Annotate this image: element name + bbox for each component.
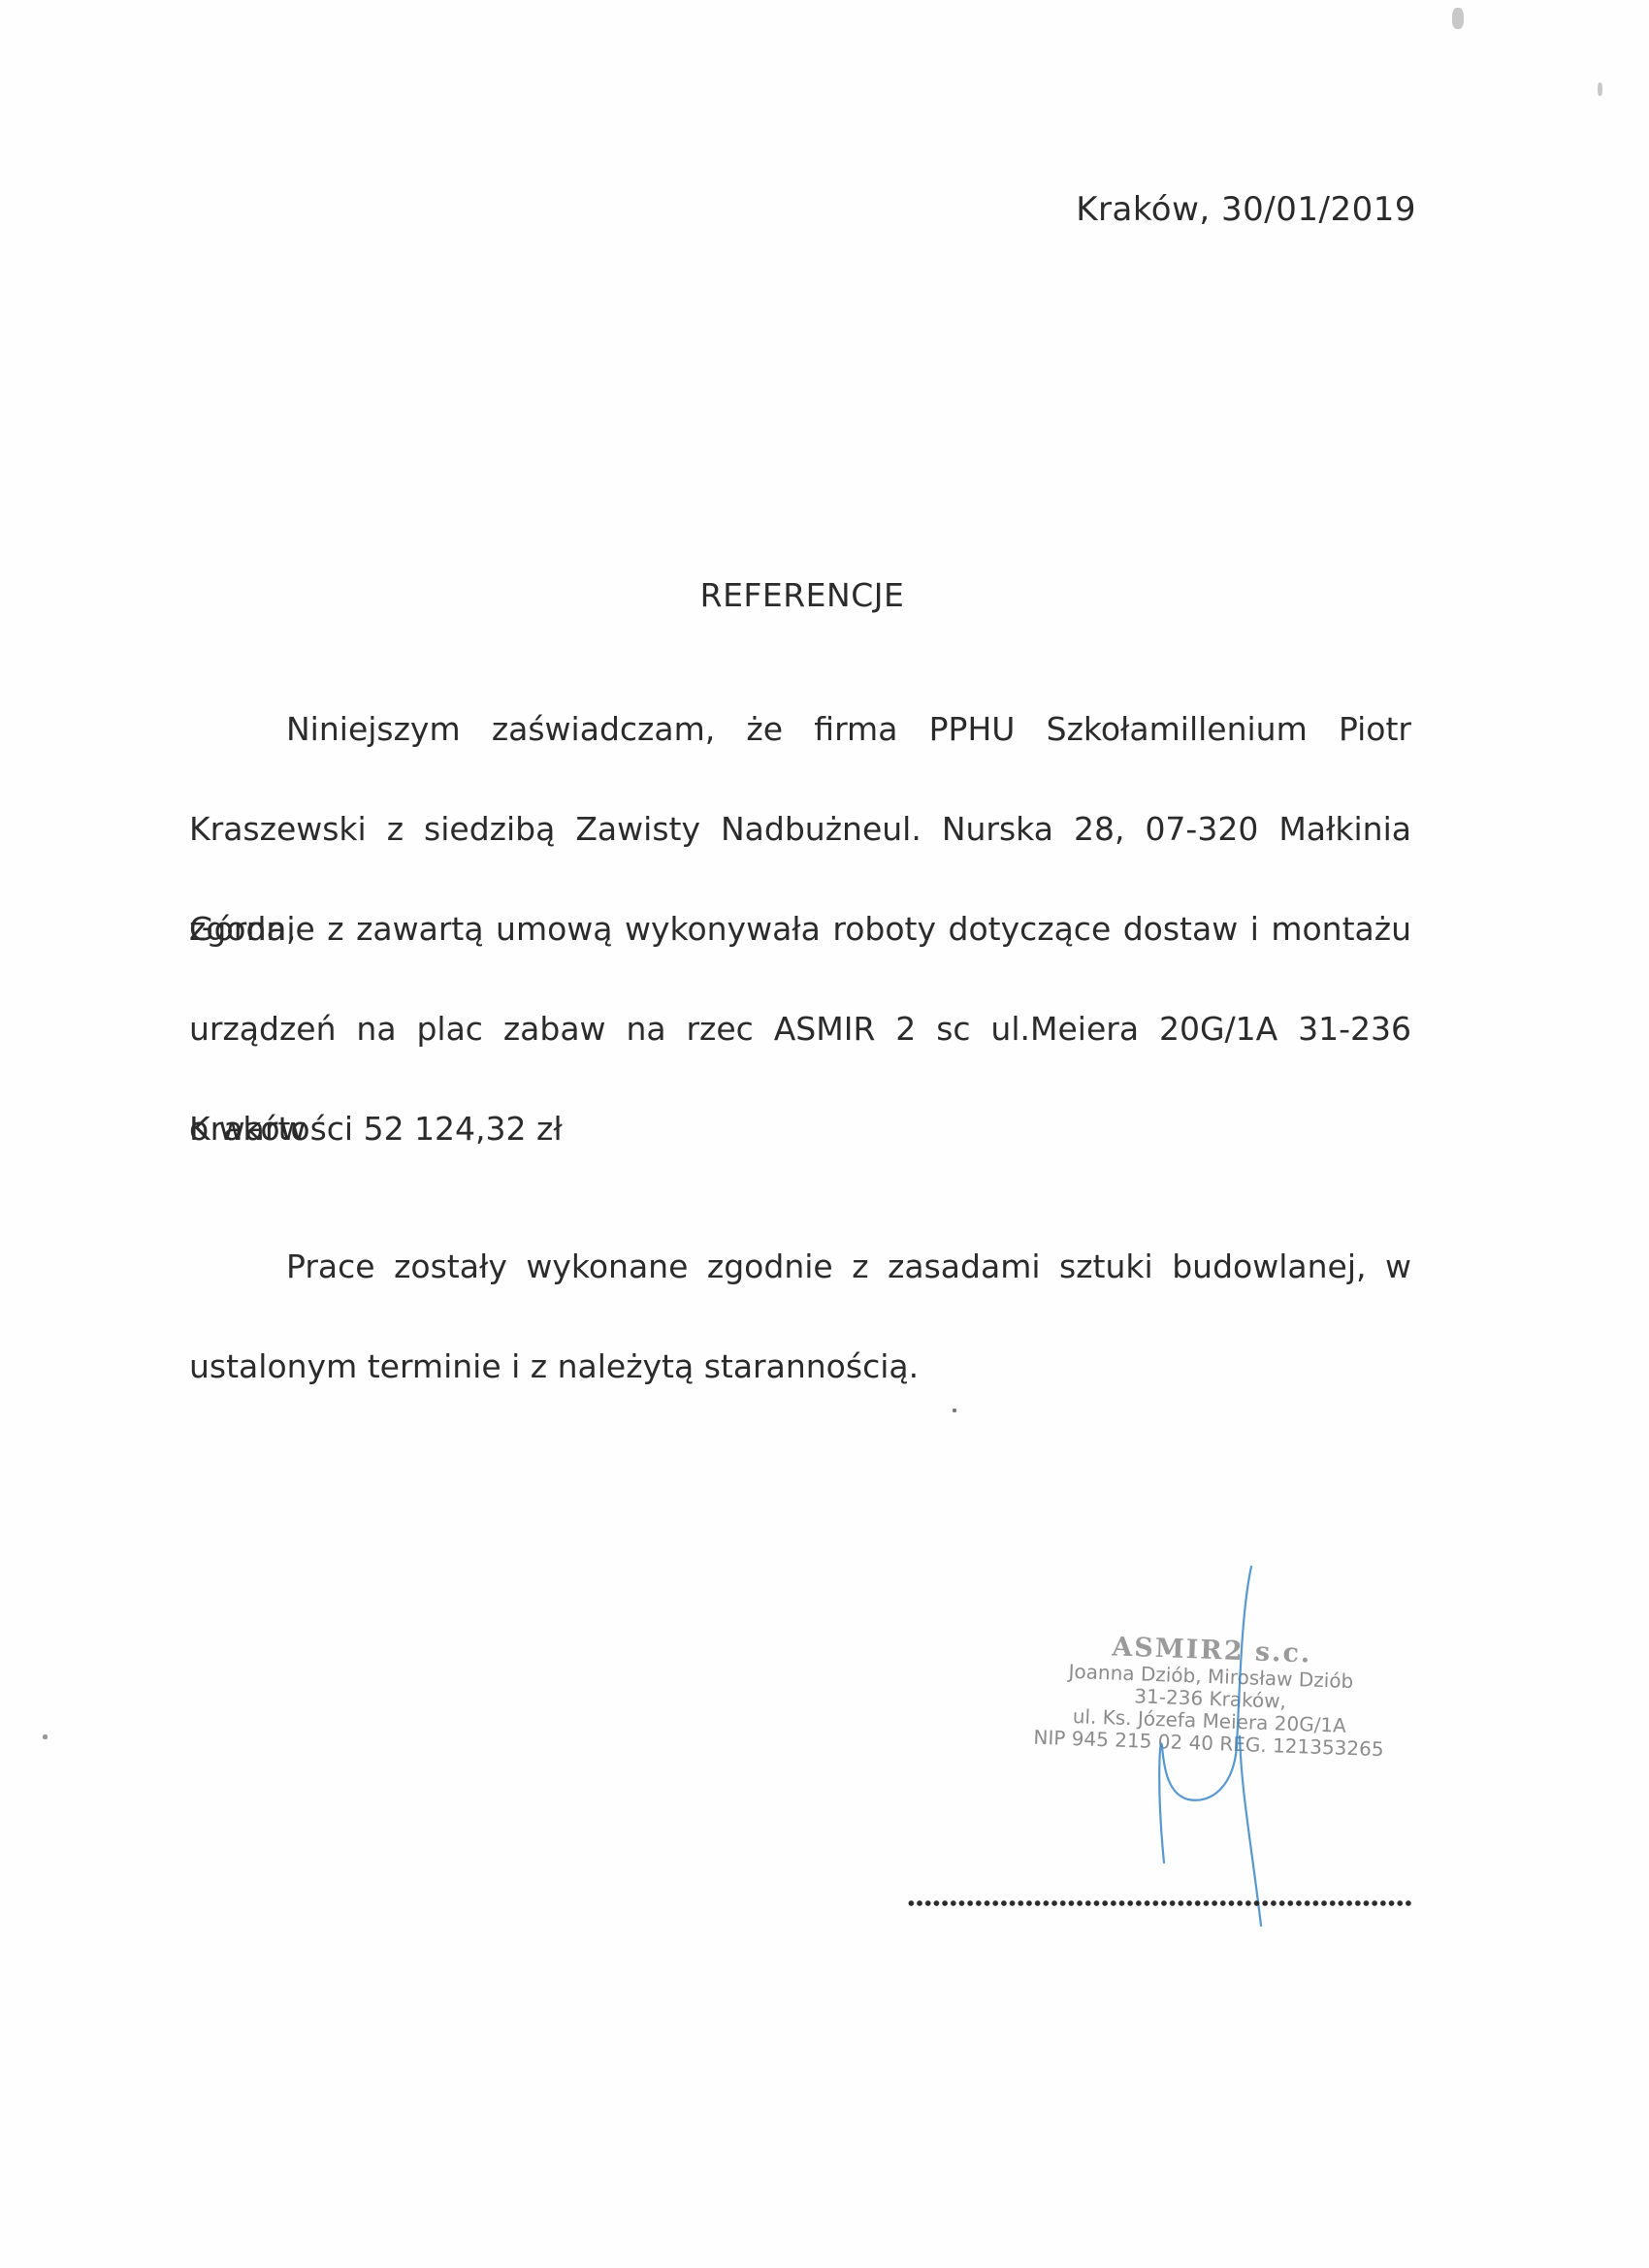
place-date: Kraków, 30/01/2019 (1076, 190, 1416, 229)
handwritten-signature (1067, 1552, 1300, 1930)
scan-speck (1598, 82, 1602, 96)
signature-dotted-line (907, 1899, 1411, 1907)
paragraph-1: Niniejszym zaświadczam, że firma PPHU Sz… (189, 679, 1411, 1179)
paragraph-line: zgodnie z zawartą umową wykonywała robot… (189, 879, 1411, 979)
document-title: REFERENCJE (0, 576, 1604, 614)
scan-speck (43, 1734, 48, 1739)
paragraph-line: Prace zostały wykonane zgodnie z zasadam… (189, 1216, 1411, 1316)
scan-speck (1452, 8, 1464, 29)
document-page: Kraków, 30/01/2019 REFERENCJE Niniejszym… (0, 0, 1649, 2268)
paragraph-2: Prace zostały wykonane zgodnie z zasadam… (189, 1216, 1411, 1416)
paragraph-line: Niniejszym zaświadczam, że firma PPHU Sz… (189, 679, 1411, 779)
paragraph-line: ustalonym terminie i z należytą staranno… (189, 1316, 1411, 1416)
paragraph-line-value: o wartości 52 124,32 zł (189, 1079, 1411, 1179)
paragraph-line: urządzeń na plac zabaw na rzec ASMIR 2 s… (189, 979, 1411, 1079)
paragraph-line: Kraszewski z siedzibą Zawisty Nadbużneul… (189, 779, 1411, 879)
